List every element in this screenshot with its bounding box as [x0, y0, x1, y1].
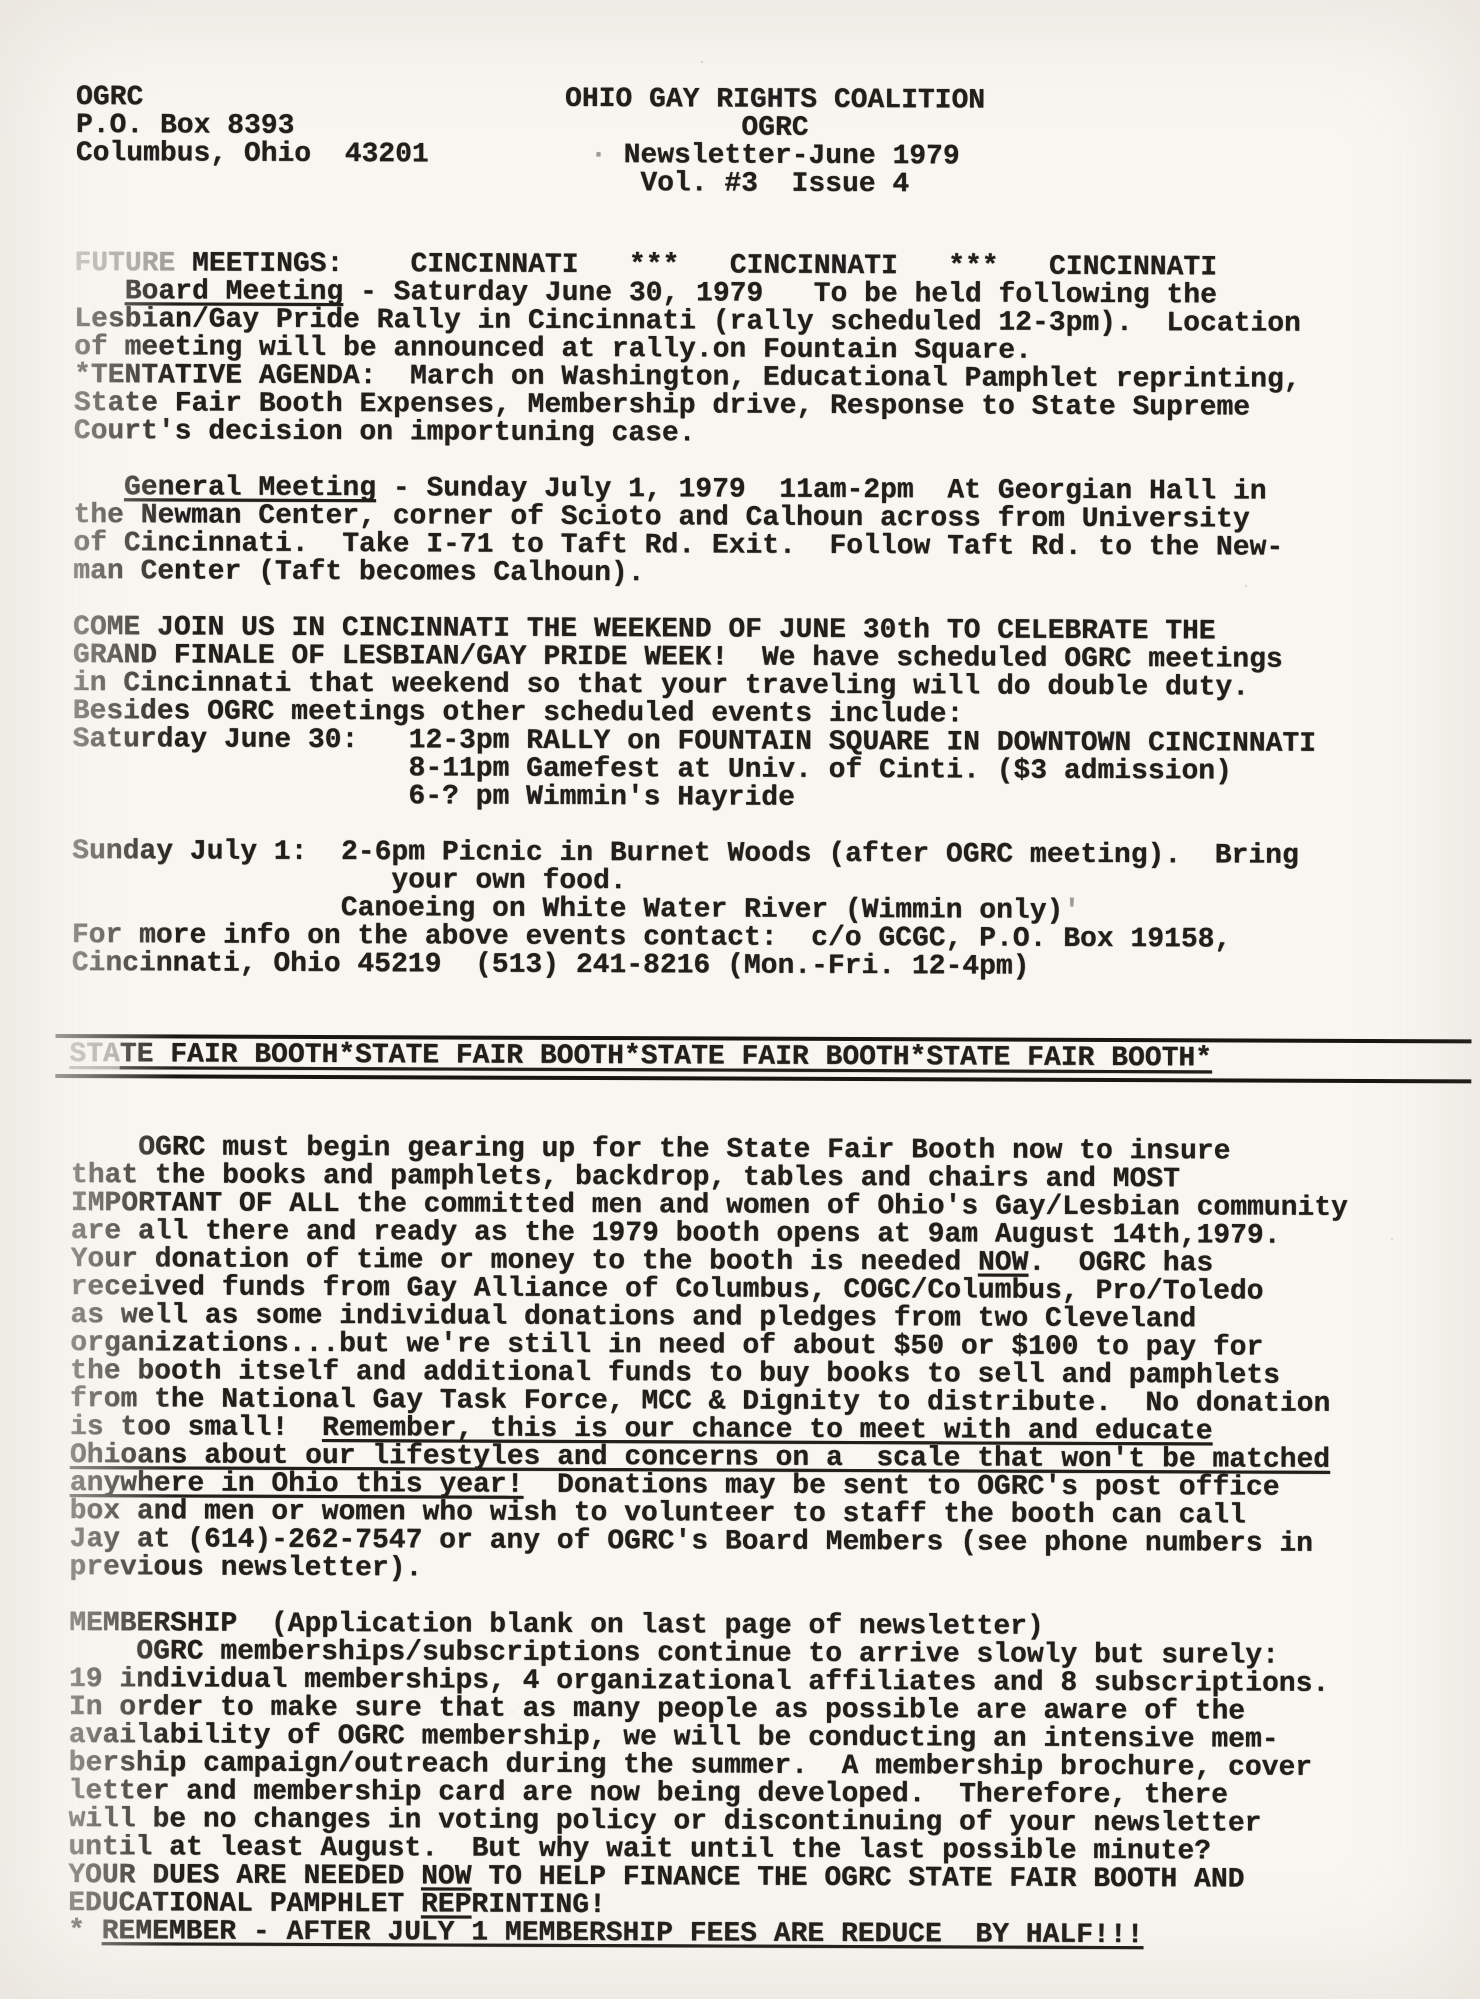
- text-segment: Columbus, Ohio 43201: [76, 138, 429, 170]
- newsletter-body: FUTURE MEETINGS: CINCINNATI *** CINCINNA…: [68, 250, 1447, 1951]
- text-segment: 6-? pm Wimmin's Hayride: [72, 780, 795, 814]
- document-line: Vol. #3 Issue 4: [540, 170, 1010, 200]
- document-line: OGRC: [76, 84, 429, 113]
- document-line: OHIO GAY RIGHTS COALITION: [540, 86, 1010, 116]
- newsletter-page: OGRCP.O. Box 8393Columbus, Ohio 43201 OH…: [0, 0, 1480, 1999]
- document-line: P.O. Box 8393: [76, 112, 429, 141]
- masthead: OHIO GAY RIGHTS COALITIONOGRC· Newslette…: [540, 86, 1010, 200]
- text-segment: REP: [421, 1889, 472, 1920]
- text-segment: Vol. #3 Issue 4: [640, 168, 909, 200]
- document-line: 6-? pm Wimmin's Hayride: [72, 782, 1444, 815]
- document-line: · Newsletter-June 1979: [540, 142, 1010, 172]
- text-segment: *: [68, 1916, 102, 1947]
- text-segment: NOW: [978, 1247, 1029, 1278]
- text-segment: P.O. Box 8393: [76, 110, 295, 142]
- text-segment: STA: [69, 1039, 120, 1070]
- text-segment: Court's decision on importuning case.: [74, 416, 696, 449]
- text-segment: [74, 472, 125, 503]
- text-segment: TE FAIR BOOTH*STATE FAIR BOOTH*STATE FAI…: [120, 1039, 1212, 1074]
- scanned-page-content: OGRCP.O. Box 8393Columbus, Ohio 43201 OH…: [0, 0, 1480, 1999]
- document-line: Columbus, Ohio 43201: [76, 140, 429, 169]
- text-segment: OGRC: [741, 113, 808, 144]
- text-segment: [74, 276, 125, 307]
- text-segment: . OGRC has: [1028, 1248, 1213, 1280]
- text-segment: OHIO GAY RIGHTS COALITION: [565, 84, 985, 117]
- state-fair-booth-banner: STATE FAIR BOOTH*STATE FAIR BOOTH*STATE …: [55, 1034, 1471, 1083]
- text-segment: REMEMBER - AFTER JULY 1 MEMBERSHIP FEES …: [102, 1916, 1144, 1951]
- text-segment: Cincinnati, Ohio 45219 (513) 241-8216 (M…: [72, 948, 1030, 983]
- text-segment: RINTING!: [471, 1890, 606, 1922]
- text-segment: OGRC: [76, 82, 143, 113]
- membership-fees-note: * REMEMBER - AFTER JULY 1 MEMBERSHIP FEE…: [68, 1918, 1440, 1951]
- text-segment: FUTURE: [74, 248, 175, 279]
- text-segment: NOW: [421, 1861, 472, 1892]
- return-address: OGRCP.O. Box 8393Columbus, Ohio 43201: [76, 84, 429, 169]
- text-segment: Board Meeting: [125, 276, 344, 308]
- text-segment: previous newsletter).: [69, 1552, 422, 1584]
- text-segment: ': [1063, 896, 1080, 927]
- document-line: Cincinnati, Ohio 45219 (513) 241-8216 (M…: [72, 950, 1444, 983]
- text-segment: man Center (Taft becomes Calhoun).: [73, 556, 644, 589]
- text-segment: ·: [590, 140, 624, 171]
